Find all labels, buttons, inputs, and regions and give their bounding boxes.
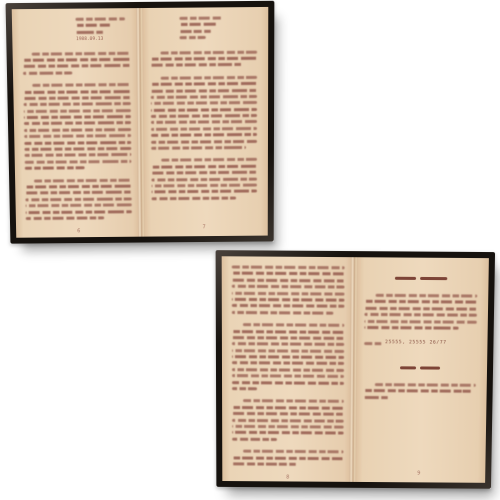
text-line: [364, 326, 458, 330]
text-line: [161, 158, 257, 162]
booklet-page-8: 8: [222, 256, 351, 482]
text-line: [23, 96, 130, 100]
paragraph-block: [364, 383, 476, 403]
booklet-paper-bottom: 8 25555, 25555 26/779: [222, 256, 489, 483]
text-line: [376, 294, 477, 298]
text-line: [232, 368, 344, 372]
text-line: [31, 51, 130, 55]
text-line: [24, 128, 130, 132]
text-line: [26, 204, 132, 208]
text-line: [232, 387, 257, 390]
typed-text: 1988.09.13: [76, 37, 130, 44]
text-line: [150, 63, 242, 67]
page-number: 7: [151, 224, 257, 231]
text-line: [25, 185, 131, 189]
text-line: [151, 146, 247, 150]
text-line: [232, 265, 345, 269]
text-line: [150, 57, 257, 61]
text-line: [232, 456, 343, 460]
text-line: [26, 210, 132, 214]
text-line: [151, 171, 257, 175]
text-line: [232, 291, 345, 295]
text-line: [23, 71, 72, 74]
text-line: [76, 17, 125, 20]
text-line: [150, 101, 257, 105]
text-line: [232, 304, 345, 308]
address-block: [150, 16, 257, 43]
text-line: [232, 425, 344, 429]
paragraph-block: [364, 294, 477, 333]
paragraph-block: [232, 323, 344, 394]
paragraph-block: [232, 450, 343, 470]
text-line: [151, 140, 257, 144]
text-line: [364, 396, 389, 399]
text-line: [26, 216, 104, 220]
text-line: [25, 153, 131, 157]
text-line: [23, 90, 130, 94]
text-line: [243, 323, 344, 327]
text-line: [243, 450, 343, 454]
text-line: [76, 31, 104, 34]
text-line: [24, 147, 130, 151]
text-line: [151, 184, 257, 188]
booklet-page-7: 7: [143, 7, 269, 237]
text-line: [180, 16, 223, 19]
scan-border-frame-bottom: 8 25555, 25555 26/779: [216, 250, 495, 489]
text-line: [161, 76, 257, 80]
paragraph-block: [150, 50, 257, 70]
text-line: [150, 114, 257, 118]
text-line: [32, 83, 130, 87]
page-number: 6: [26, 228, 132, 235]
booklet-paper-top: 1988.09.136 7: [12, 7, 269, 238]
text-line: [180, 30, 212, 33]
text-line: [76, 24, 111, 27]
text-line: [232, 462, 297, 465]
text-line: [232, 406, 344, 410]
text-line: [24, 109, 131, 113]
booklet-page-6: 1988.09.136: [12, 8, 138, 238]
text-line: [180, 23, 217, 26]
telephone-numbers: 25555, 25555 26/77: [385, 341, 447, 348]
text-line: [232, 412, 344, 416]
text-line: [24, 141, 130, 145]
text-line: [364, 320, 476, 324]
paragraph-block: [23, 51, 130, 78]
text-line: [150, 120, 257, 124]
text-line: [232, 381, 344, 385]
paragraph-block: [23, 83, 131, 173]
text-line: [232, 342, 344, 346]
text-line: [232, 437, 277, 440]
text-line: [25, 197, 131, 201]
text-line: [232, 418, 344, 422]
text-line: [24, 122, 131, 126]
text-line: [375, 383, 476, 387]
text-line: [151, 127, 257, 131]
text-line: [232, 374, 344, 378]
text-line: [232, 272, 345, 276]
text-line: [25, 166, 84, 169]
text-line: [25, 191, 131, 195]
text-line: [150, 95, 257, 99]
text-line: [232, 431, 343, 435]
text-line: [151, 177, 257, 181]
address-block: 1988.09.13: [22, 17, 130, 44]
telephone-line: 25555, 25555 26/77: [364, 340, 476, 347]
booklet-page-9: 25555, 25555 26/779: [356, 257, 489, 483]
text-line: [364, 307, 477, 311]
text-line: [151, 133, 257, 137]
text-line: [161, 50, 257, 54]
paragraph-block: [25, 178, 131, 223]
text-line: [232, 349, 344, 353]
text-line: [232, 285, 345, 289]
scan-border-frame-top: 1988.09.136 7: [6, 1, 275, 244]
page-number: 8: [232, 475, 343, 482]
heading-word: [420, 277, 447, 281]
text-line: [24, 115, 131, 119]
text-line: [151, 165, 257, 169]
heading-word: [420, 366, 440, 370]
text-line: [364, 342, 382, 345]
page-number: 9: [363, 470, 474, 477]
text-line: [150, 88, 257, 92]
text-line: [23, 64, 130, 68]
text-line: [243, 400, 344, 404]
text-line: [232, 330, 344, 334]
text-line: [365, 300, 478, 304]
paragraph-block: [232, 399, 344, 444]
text-line: [232, 336, 344, 340]
text-line: [364, 313, 476, 317]
text-line: [24, 134, 130, 138]
text-line: [150, 82, 257, 86]
text-line: [232, 278, 345, 282]
paragraph-block: [151, 158, 257, 203]
heading-word: [400, 366, 416, 369]
text-line: [150, 108, 257, 112]
text-line: [232, 311, 333, 315]
text-line: [180, 36, 206, 39]
text-line: [232, 362, 344, 366]
paragraph-block: [150, 76, 257, 154]
text-line: [364, 389, 471, 393]
text-line: [23, 58, 130, 62]
text-line: [232, 355, 344, 359]
section-heading: [365, 267, 478, 287]
paragraph-block: [232, 265, 345, 317]
scanned-spread-top: 1988.09.136 7: [6, 1, 275, 244]
text-line: [34, 178, 132, 182]
heading-word: [395, 276, 415, 280]
scanned-spread-bottom: 8 25555, 25555 26/779: [216, 250, 495, 489]
text-line: [232, 298, 345, 302]
text-line: [151, 196, 236, 200]
section-heading: [364, 357, 476, 377]
text-line: [24, 102, 131, 106]
text-line: [151, 190, 257, 194]
text-line: [25, 160, 131, 164]
